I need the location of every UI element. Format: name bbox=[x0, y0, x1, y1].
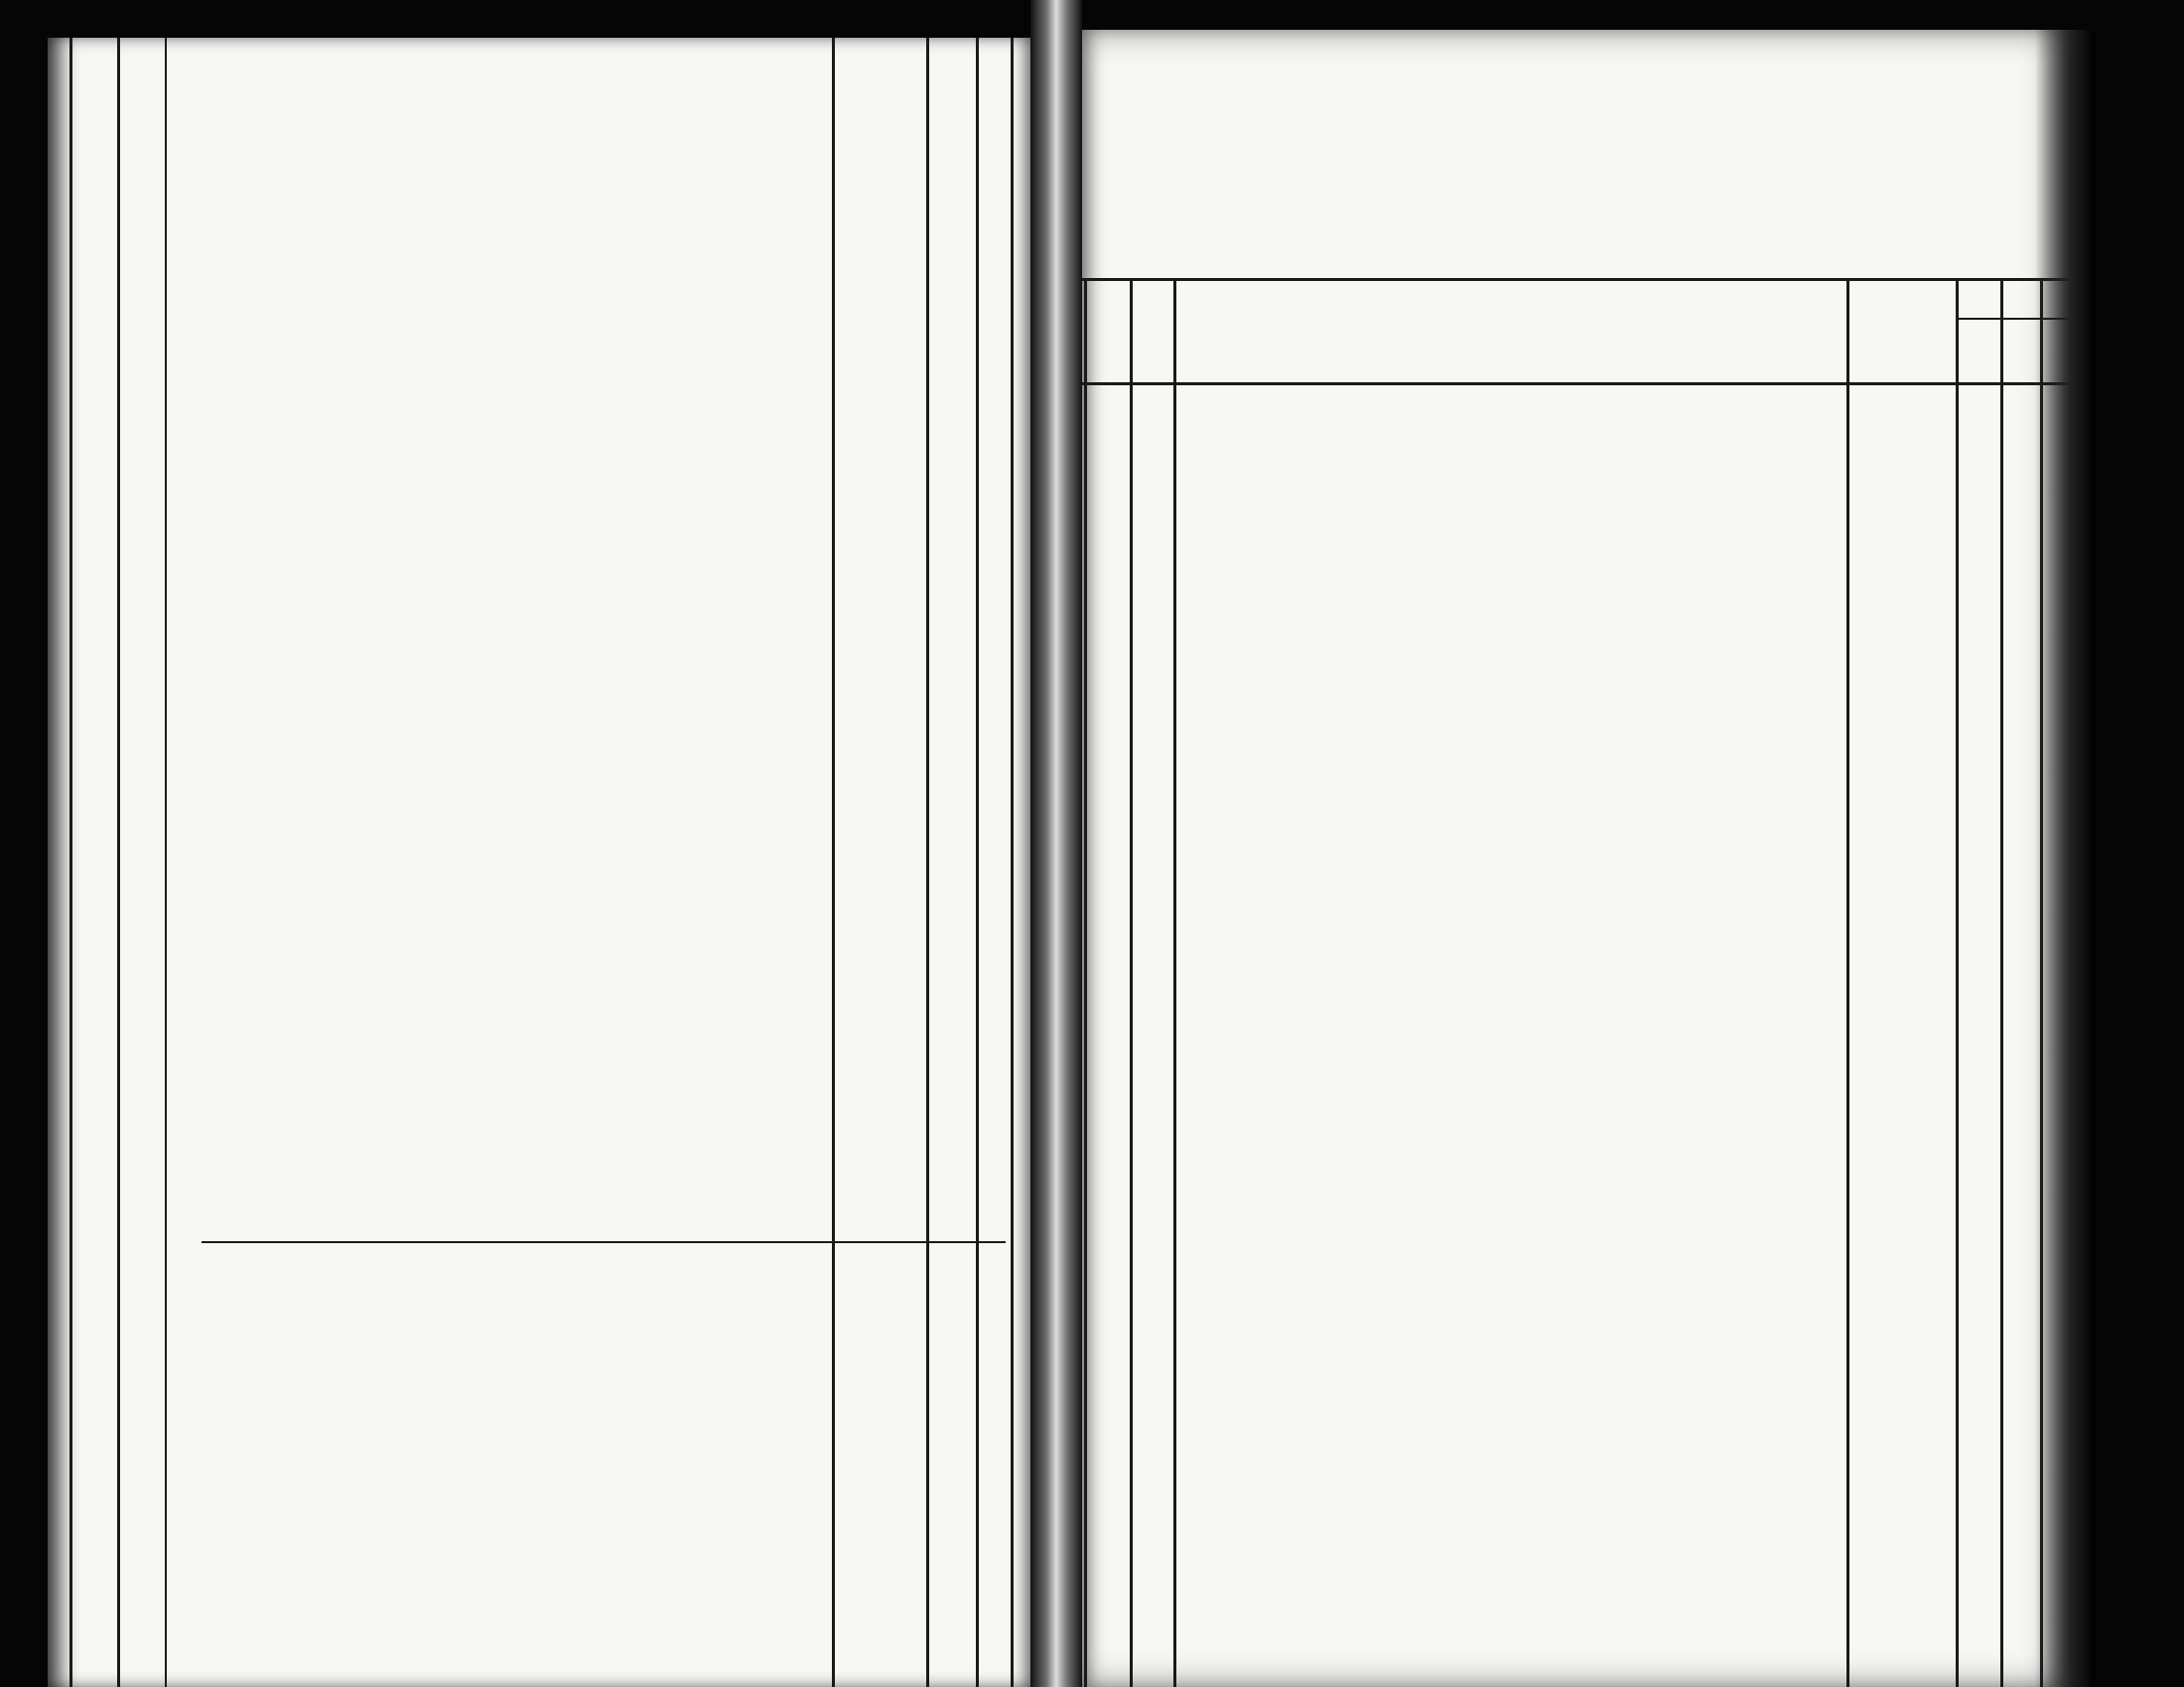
page-edge-shadow bbox=[2035, 30, 2095, 1687]
column-rule bbox=[1846, 278, 1849, 1687]
column-rule bbox=[1956, 278, 1959, 1687]
register-entry bbox=[48, 441, 1030, 475]
header-bottom-rule bbox=[1082, 382, 2095, 385]
register-entry bbox=[48, 902, 1030, 935]
register-entry bbox=[48, 361, 1030, 395]
register-entry bbox=[48, 624, 1030, 657]
register-entry bbox=[48, 663, 1030, 697]
register-entry bbox=[48, 322, 1030, 355]
register-entry bbox=[48, 177, 1030, 211]
register-entry bbox=[48, 941, 1030, 975]
summa-rule bbox=[202, 1241, 1006, 1243]
register-entry bbox=[48, 981, 1030, 1015]
column-rule bbox=[1130, 278, 1133, 1687]
left-page bbox=[48, 38, 1030, 1687]
register-entry bbox=[48, 862, 1030, 896]
header-top-rule bbox=[1082, 278, 2095, 281]
right-page bbox=[1082, 30, 2095, 1687]
column-rule bbox=[1084, 278, 1087, 1687]
register-entry bbox=[48, 584, 1030, 618]
column-rule bbox=[2000, 278, 2003, 1687]
register-entry bbox=[48, 703, 1030, 737]
register-entry bbox=[48, 782, 1030, 816]
register-entry bbox=[48, 282, 1030, 316]
book-spine bbox=[1030, 0, 1082, 1687]
register-entry bbox=[48, 401, 1030, 435]
register-entry bbox=[48, 743, 1030, 776]
register-entry bbox=[48, 822, 1030, 856]
column-rule bbox=[1173, 278, 1176, 1687]
register-entry bbox=[48, 137, 1030, 171]
